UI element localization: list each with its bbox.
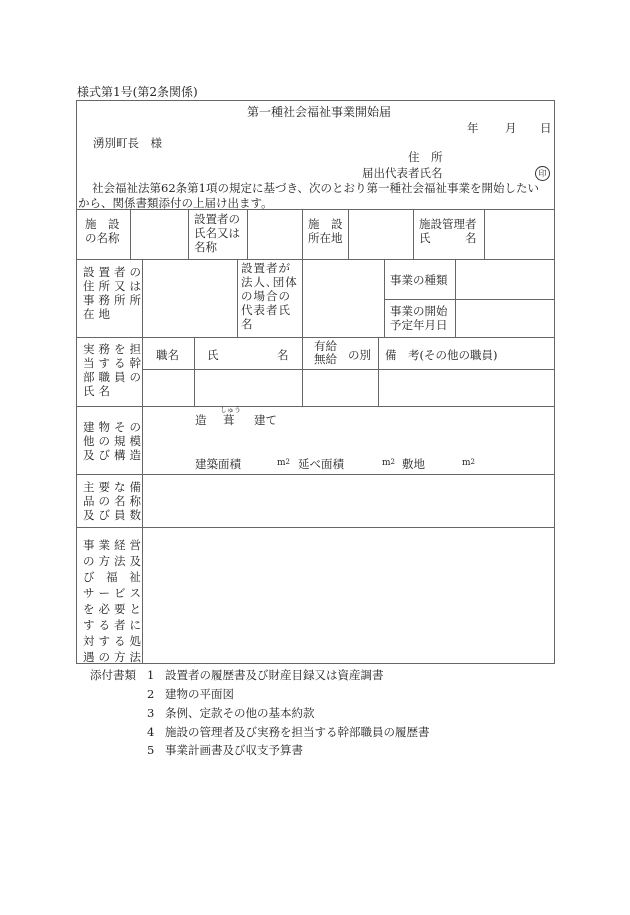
facility-manager-label: 施設管理者氏 名: [419, 217, 477, 245]
staff-name-field[interactable]: [195, 370, 302, 406]
addressee: 湧別町長 様: [93, 138, 162, 150]
attachment-num: 3: [147, 708, 154, 720]
date-month: 月: [505, 123, 517, 135]
position-header: 職名: [156, 348, 179, 362]
attachment-item: 条例、定款その他の基本約款: [165, 708, 315, 720]
facility-location-label: 施 設所在地: [308, 217, 343, 245]
attachment-num: 4: [147, 727, 154, 739]
row2-bottom-border: [76, 337, 555, 338]
business-type-field[interactable]: [456, 260, 555, 299]
staff-remarks-field[interactable]: [379, 370, 555, 406]
building-structure-label: 建物その他の規模及び構造: [83, 420, 145, 462]
representative-name-label: 届出代表者氏名: [362, 168, 443, 180]
building-structure-field[interactable]: [143, 407, 555, 474]
facility-name-field[interactable]: [131, 210, 188, 259]
attachment-num: 2: [147, 689, 154, 701]
start-date-field[interactable]: [456, 300, 555, 337]
start-date-label: 事業の開始予定年月日: [390, 304, 448, 332]
executive-staff-label: 実務を担当する幹部職員の氏名: [83, 342, 145, 398]
form-title: 第一種社会福祉事業開始届: [247, 106, 391, 118]
row1-divider: [413, 209, 414, 259]
staff-position-field[interactable]: [143, 370, 194, 406]
row1-divider: [188, 209, 189, 259]
date-day: 日: [540, 123, 552, 135]
row2-divider: [237, 259, 238, 337]
representative-label: 設置者が法人､団体の場合の代表者氏名: [241, 261, 298, 331]
staff-paid-field[interactable]: [303, 370, 378, 406]
attachment-item: 事業計画書及び収支予算書: [165, 745, 303, 757]
attachment-item: 建物の平面図: [165, 689, 234, 701]
facility-location-field[interactable]: [349, 210, 413, 259]
row1-divider: [302, 209, 303, 259]
management-method-label: 事業経営の方法及び 福 祉サービス を必要とする者に対する処遇の方法: [83, 537, 145, 665]
founder-address-field[interactable]: [143, 260, 237, 337]
founder-name-field[interactable]: [248, 210, 302, 259]
paid-unpaid-header: 有給無給: [314, 340, 337, 366]
remarks-header: 備 考(その他の職員): [385, 348, 497, 362]
row2-divider: [384, 259, 385, 337]
attachment-item: 設置者の履歴書及び財産目録又は資産調書: [165, 670, 384, 682]
attachment-num: 5: [147, 745, 154, 757]
equipment-field[interactable]: [143, 475, 555, 527]
founder-address-label: 設置者の住所又は事務所所在地: [83, 265, 145, 321]
form-number-label: 様式第1号(第2条関係): [77, 86, 198, 98]
distinction-header: の別: [348, 348, 371, 362]
address-label: 住 所: [408, 152, 443, 164]
body-text-line2: から、関係書類添付の上届け出ます。: [78, 198, 273, 210]
facility-manager-field[interactable]: [485, 210, 555, 259]
business-type-label: 事業の種類: [390, 273, 448, 287]
facility-name-label: 施 設の名称: [85, 217, 120, 245]
body-text-line1: 社会福祉法第62条第1項の規定に基づき、次のとおり第一種社会福祉事業を開始したい: [92, 183, 539, 195]
equipment-label: 主要な備品の名称及び員数: [83, 480, 145, 522]
date-year: 年: [467, 123, 479, 135]
management-method-field[interactable]: [143, 528, 555, 664]
seal-mark-icon: 印: [535, 166, 550, 181]
attachments-label: 添付書類: [90, 670, 136, 682]
attachment-item: 施設の管理者及び実務を担当する幹部職員の履歴書: [165, 727, 430, 739]
representative-field[interactable]: [303, 260, 384, 337]
name-header-right: 名: [277, 348, 289, 362]
name-header-left: 氏: [207, 348, 219, 362]
founder-name-label: 設置者の氏名又は名称: [194, 212, 240, 254]
attachment-num: 1: [147, 670, 154, 682]
